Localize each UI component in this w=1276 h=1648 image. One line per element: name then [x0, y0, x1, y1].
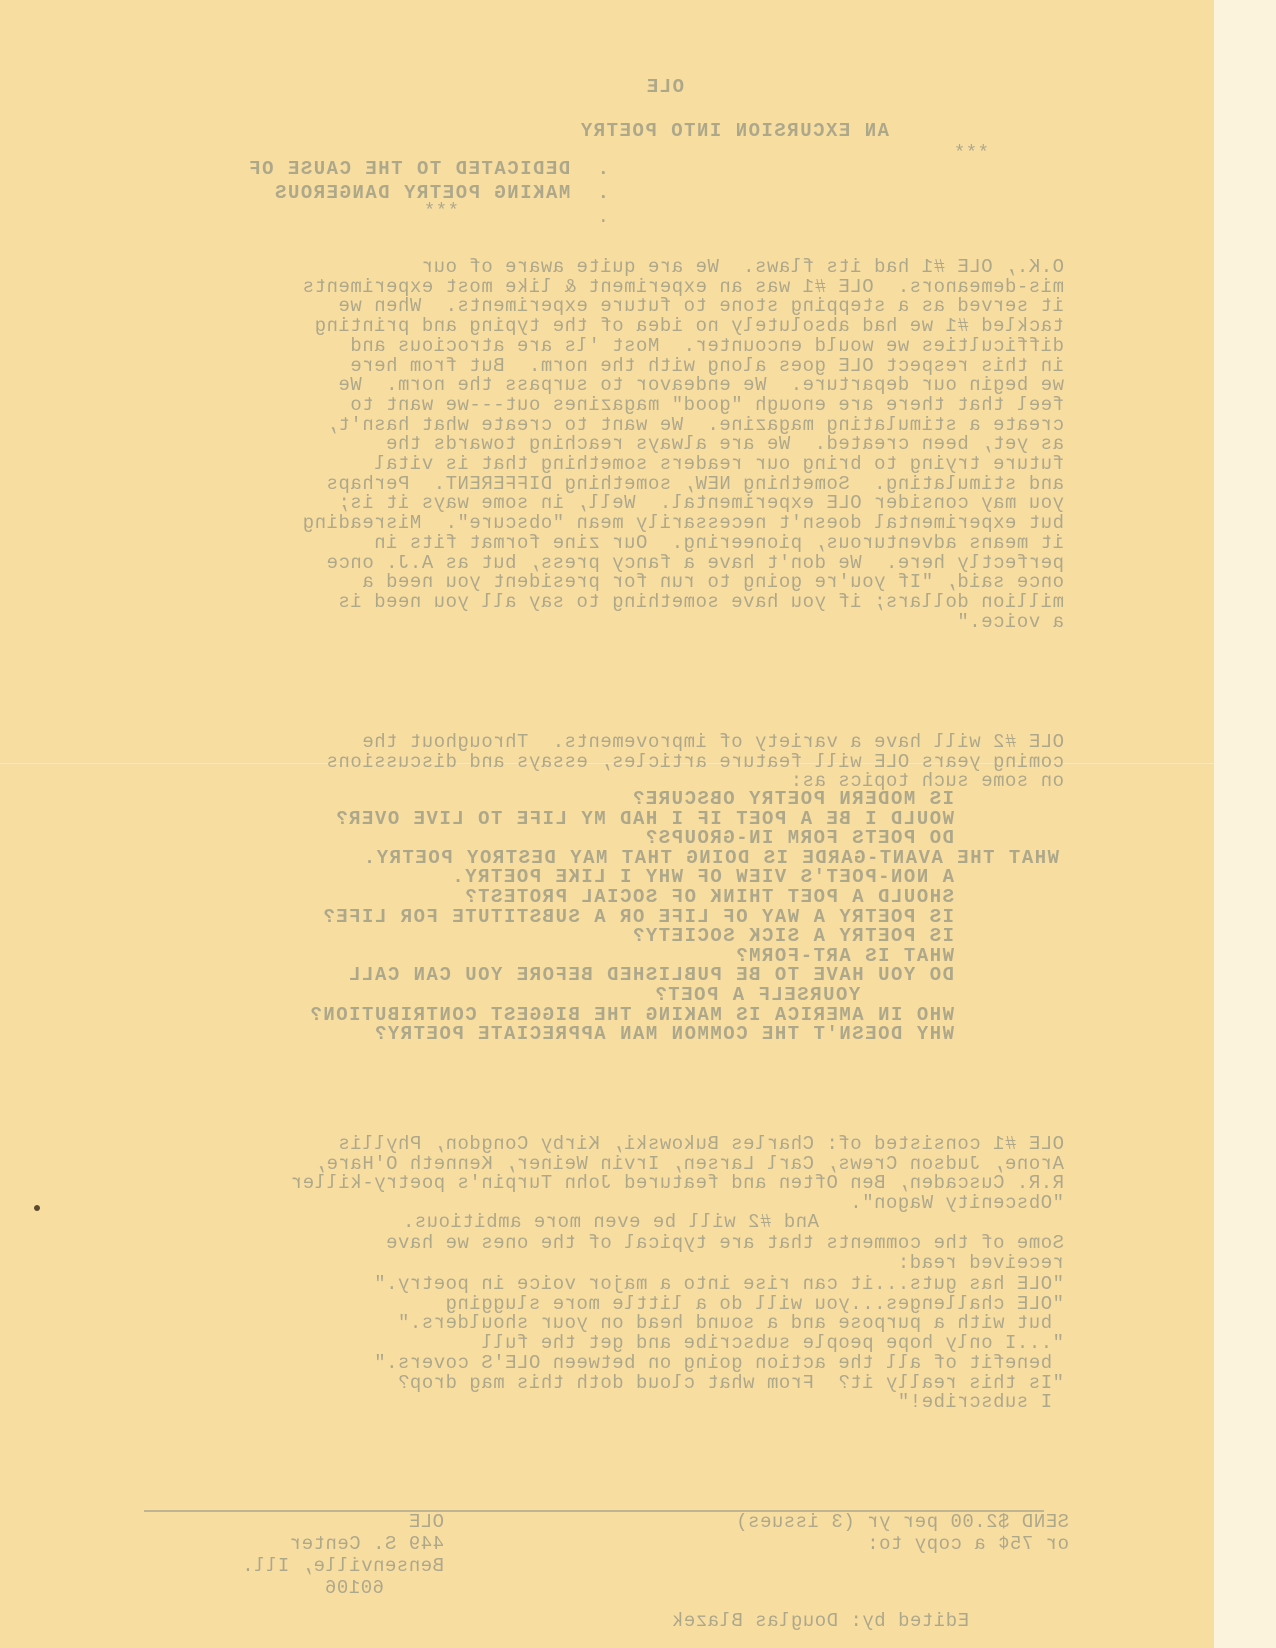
comments-intro-line: Some of the comments that are typical of…	[386, 1234, 1064, 1253]
topic-item: A NON-POET'S VIEW OF WHY I LIKE POETRY.	[451, 868, 954, 887]
topic-item: WHO IN AMERICA IS MAKING THE BIGGEST CON…	[309, 1006, 954, 1025]
topic-item: WOULD I BE A POET IF I HAD MY LIFE TO LI…	[335, 810, 954, 829]
topic-item: WHY DOESN'T THE COMMON MAN APPRECIATE PO…	[373, 1025, 954, 1044]
improvements-line: coming years OLE will feature articles, …	[326, 753, 1064, 772]
quote-line: I subscribe!"	[897, 1393, 1064, 1412]
improvements-line: OLE #2 will have a variety of improvemen…	[362, 733, 1064, 752]
intro-line: once said, "If you're going to run for p…	[362, 573, 1064, 592]
contributors-line: Arone, Judson Crews, Carl Larsen, Irvin …	[314, 1155, 1064, 1174]
intro-line: a voice."	[957, 613, 1064, 632]
dot-decoration: .	[597, 208, 609, 227]
intro-line: million dollars; if you have something t…	[338, 593, 1064, 612]
contributors-line: R.R. Cuscaden, Ben Often and featured Jo…	[290, 1174, 1064, 1193]
quote-line: benefit of all the action going on betwe…	[374, 1354, 1064, 1373]
intro-line: future trying to bring our readers somet…	[374, 455, 1064, 474]
ambitions-line: And #2 will be even more ambitious.	[402, 1213, 819, 1232]
subscription-price: SEND $2.00 per yr (3 issues)	[736, 1513, 1069, 1532]
topic-item: IS POETRY A SICK SOCIETY?	[631, 927, 954, 946]
copy-price: or 75¢ a copy to:	[867, 1535, 1069, 1554]
dedication-line-1: . DEDICATED TO THE CAUSE OF	[248, 160, 609, 179]
quote-line: "...I only hope people subscribe and get…	[481, 1334, 1064, 1353]
intro-line: O.K., OLE #1 had its flaws. We are quite…	[421, 258, 1064, 277]
intro-line: it served as a stepping stone to future …	[338, 297, 1064, 316]
topic-item: WHAT IS ART-FORM?	[735, 947, 954, 966]
topic-item: SHOULD A POET THINK OF SOCIAL PROTEST?	[464, 888, 954, 907]
document-subtitle: AN EXCURSION INTO POETRY	[579, 122, 889, 141]
topic-item: DO YOU HAVE TO BE PUBLISHED BEFORE YOU C…	[348, 966, 954, 985]
quote-line: "OLE challenges...you will do a little m…	[445, 1295, 1064, 1314]
stars-decoration: ***	[423, 202, 459, 221]
intro-line: we begin our departure. We endeavor to s…	[338, 376, 1064, 395]
document-title: OLE	[645, 78, 684, 97]
intro-line: and stimulating. Something NEW, somethin…	[326, 475, 1064, 494]
intro-line: tackled #1 we had absolutely no idea of …	[314, 317, 1064, 336]
intro-line: you may consider OLE experimental. Well,…	[338, 494, 1064, 513]
topic-item: WHAT THE AVANT-GARDE IS DOING THAT MAY D…	[362, 849, 1059, 868]
topic-item: DO POETS FORM IN-GROUPS?	[644, 829, 954, 848]
intro-line: perfectly here. We don't have a fancy pr…	[326, 554, 1064, 573]
intro-line: as yet, been created. We are always reac…	[386, 435, 1064, 454]
stars-decoration: ***	[953, 144, 989, 163]
quote-line: but with a purpose and a sound head on y…	[397, 1314, 1064, 1333]
intro-line: create a stimulating magazine. We want t…	[326, 416, 1064, 435]
comments-intro-line: received read:	[897, 1254, 1064, 1273]
topic-item: IS POETRY A WAY OF LIFE OR A SUBSTITUTE …	[322, 908, 954, 927]
address-city: Bensenville, Ill.	[242, 1557, 444, 1576]
paper-edge-background	[1214, 0, 1276, 1648]
address-zip: 60106	[324, 1579, 384, 1598]
quote-line: "OLE has guts...it can rise into a major…	[374, 1275, 1064, 1294]
intro-line: difficulties we would encounter. Most 'l…	[350, 337, 1064, 356]
editor-credit: Edited by: Douglas Blazek	[671, 1612, 969, 1631]
mirrored-bleed-through-text: OLE AN EXCURSION INTO POETRY *** . DEDIC…	[0, 0, 1214, 1648]
address-street: 449 S. Center	[289, 1535, 444, 1554]
contributors-line: OLE #1 consisted of: Charles Bukowski, K…	[338, 1135, 1064, 1154]
intro-line: mis-demeanors. OLE #1 was an experiment …	[302, 278, 1064, 297]
intro-line: in this respect OLE goes along with the …	[350, 357, 1064, 376]
address-name: OLE	[408, 1513, 444, 1532]
contributors-line: "Obscenity Wagon".	[850, 1194, 1064, 1213]
intro-line: but experimental doesn't necessarily mea…	[302, 514, 1064, 533]
quote-line: "Is this really it? From what cloud doth…	[397, 1374, 1064, 1393]
topic-item: YOURSELF A POET?	[654, 986, 899, 1005]
topic-item: IS MODERN POETRY OBSCURE?	[631, 790, 954, 809]
intro-line: feel that there are enough "good" magazi…	[350, 396, 1064, 415]
intro-line: it means adventurous, pioneering. Our zi…	[374, 534, 1064, 553]
